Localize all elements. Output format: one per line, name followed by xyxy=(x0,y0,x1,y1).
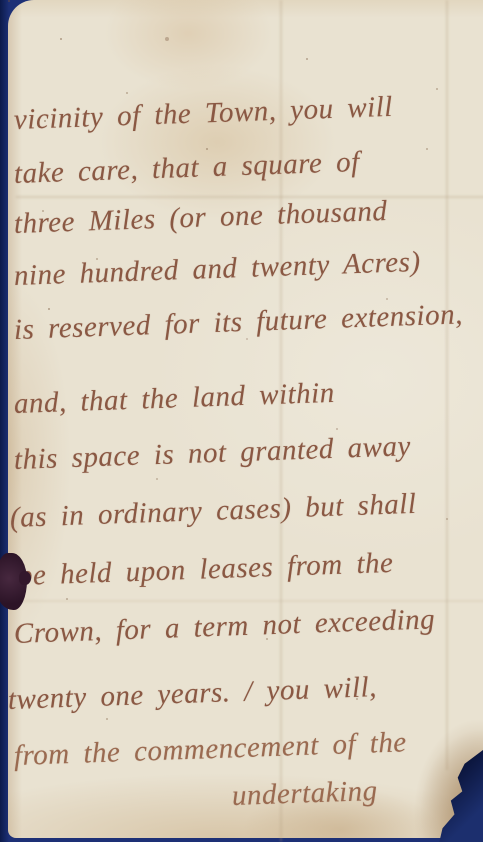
horizontal-fold-line xyxy=(16,196,483,198)
handwritten-line: be held upon leases from the xyxy=(17,547,393,593)
handwritten-line: Crown, for a term not exceeding xyxy=(13,603,435,651)
handwritten-line: this space is not granted away xyxy=(13,430,411,477)
manuscript-scan: vicinity of the Town, you will take care… xyxy=(0,0,483,842)
ink-blot-stain xyxy=(0,553,27,610)
horizontal-fold-line xyxy=(16,600,483,602)
handwritten-line: nine hundred and twenty Acres) xyxy=(13,246,421,293)
handwritten-line: (as in ordinary cases) but shall xyxy=(9,488,417,535)
handwritten-line: and, that the land within xyxy=(13,377,335,421)
manuscript-page: vicinity of the Town, you will take care… xyxy=(8,0,483,838)
vertical-fold-line xyxy=(446,0,448,770)
foxing-specks xyxy=(8,0,10,2)
handwritten-line: from the commencement of the xyxy=(13,726,407,773)
handwritten-line: three Miles (or one thousand xyxy=(13,195,388,241)
handwritten-line: take care, that a square of xyxy=(13,146,360,191)
handwritten-line: is reserved for its future extension, xyxy=(13,298,463,347)
handwritten-line: twenty one years. / you will, xyxy=(7,671,377,717)
handwritten-line: vicinity of the Town, you will xyxy=(13,91,393,137)
handwritten-line: undertaking xyxy=(231,775,378,813)
